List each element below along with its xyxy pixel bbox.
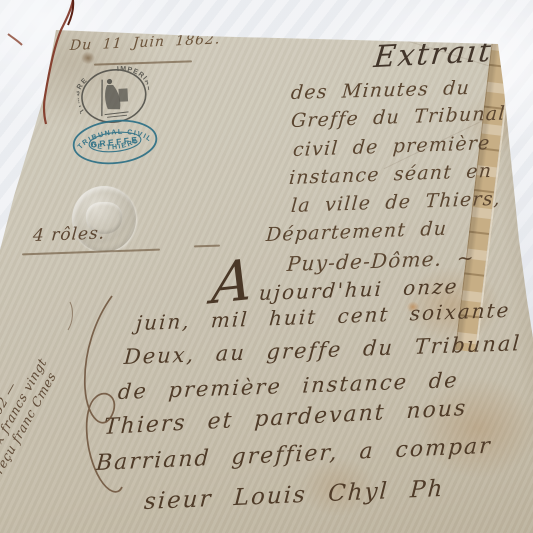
- body-line-10: Deux, au greffe du Tribunal: [123, 331, 522, 369]
- photo-background: Du 11 Juin 1862. TIMBRE IMPERIAL: [0, 0, 533, 533]
- body-line-4: instance séant en: [288, 160, 493, 189]
- allegorical-figure: [96, 76, 131, 119]
- svg-text:TIMBRE: TIMBRE: [74, 76, 95, 115]
- body-line-6: Département du: [265, 218, 448, 246]
- timbre-left-text: TIMBRE: [74, 76, 95, 115]
- filler-dash: [194, 245, 220, 248]
- body-line-9: juin, mil huit cent soixante: [135, 298, 511, 335]
- body-line-5: la ville de Thiers,: [290, 188, 501, 217]
- date-note: Du 11 Juin 1862.: [69, 31, 221, 54]
- registration-margin-note: Juin 1862 — deux francs vingt reçu franc…: [0, 246, 118, 476]
- body-line-14: sieur Louis Chyl Ph: [143, 476, 445, 515]
- manuscript-page: Du 11 Juin 1862. TIMBRE IMPERIAL: [0, 0, 533, 533]
- document-title: Extrait: [372, 34, 494, 75]
- greffe-stamp: TRIBUNAL CIVIL GREFFE DE THIERS: [69, 115, 161, 170]
- body-line-13: Barriand greffier, a compar: [95, 434, 492, 476]
- roles-note: 4 rôles.: [32, 223, 106, 246]
- body-line-3: civil de première: [292, 132, 491, 161]
- body-line-2: Greffe du Tribunal: [290, 102, 506, 132]
- body-line-1: des Minutes du: [290, 77, 471, 104]
- body-line-7: Puy-de-Dôme. ~: [286, 245, 476, 276]
